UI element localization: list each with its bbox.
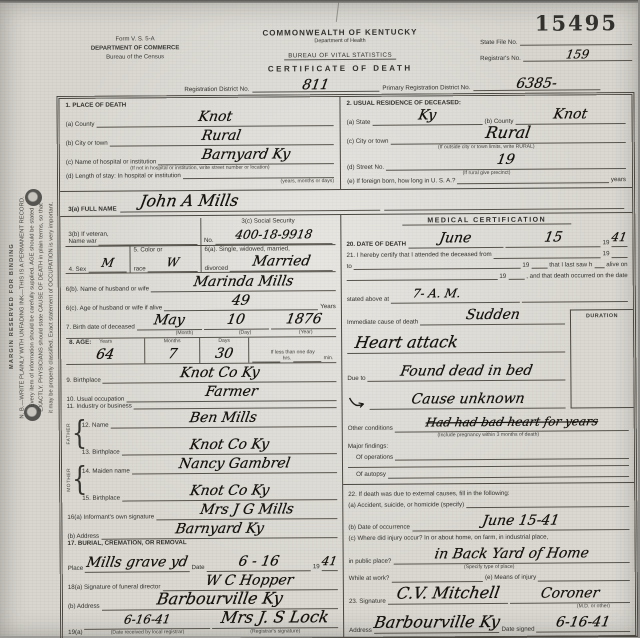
residence-state-line: Ky bbox=[372, 106, 482, 126]
date-of-death-row: 20. DATE OF DEATH June 15 19 41 bbox=[346, 228, 627, 249]
age-less-cell: If less than one day hrs. min. bbox=[248, 337, 336, 363]
occurrence-date-line: June 15-41 bbox=[412, 511, 630, 532]
mother-name-label: 14. Maiden name bbox=[82, 467, 130, 475]
city-line: Rural bbox=[110, 127, 334, 148]
dod-year-prefix: 19 bbox=[603, 239, 610, 246]
medical-divider bbox=[343, 482, 634, 485]
primary-district-label: Primary Registration District No. bbox=[382, 84, 470, 92]
certify-blank3 bbox=[347, 277, 498, 281]
medical-certification-column: MEDICAL CERTIFICATION 20. DATE OF DEATH … bbox=[341, 213, 635, 638]
cause-line2-row: Heart attack bbox=[347, 334, 565, 355]
age-min-label: min. bbox=[324, 356, 334, 362]
informant-row: 16(a) Informant's own signature Mrs J G … bbox=[67, 500, 337, 521]
certify-blank2b bbox=[531, 266, 547, 269]
margin-nb-line2: Every item of information should be care… bbox=[28, 27, 38, 587]
registrar-no-line: 159 bbox=[523, 50, 632, 62]
mother-birthplace-row: 15. Birthplace Knot Co Ky bbox=[82, 481, 337, 502]
margin-binding-note: MARGIN RESERVED FOR BINDING bbox=[9, 216, 15, 396]
date-of-death-label: 20. DATE OF DEATH bbox=[346, 241, 406, 249]
city-row: (b) City or town Rural bbox=[66, 127, 334, 148]
stated-above-label: stated above at bbox=[347, 296, 389, 304]
received-date-note: (Date received by local registrar) bbox=[85, 630, 211, 636]
received-date-line: 6-16-41 bbox=[84, 610, 210, 630]
father-name-row: 12. Name Ben Mills bbox=[82, 408, 337, 429]
state-file-blank bbox=[520, 42, 633, 46]
place-and-residence-row: 1. PLACE OF DEATH (a) County Knot (b) Ci… bbox=[59, 95, 632, 192]
full-name-label: 3(a) FULL NAME bbox=[68, 205, 116, 213]
father-birthplace-line: Knot Co Ky bbox=[122, 435, 337, 456]
cause-of-death-area: Immediate cause of death Sudden Heart at… bbox=[347, 305, 629, 410]
injury-where-row: in public place? in Back Yard of Home (S… bbox=[349, 544, 630, 572]
burial-date-value: 6 - 16 bbox=[238, 556, 280, 567]
informant-address-value: Barnyard Ky bbox=[174, 524, 264, 535]
other-conditions-label: Other conditions bbox=[348, 425, 393, 433]
birth-year-line: 1876 bbox=[271, 310, 336, 329]
age-days-cell: Days 30 bbox=[199, 337, 248, 363]
accident-label: (a) Accident, suicide, or homicide (spec… bbox=[348, 501, 464, 509]
physician-signature-label: 23. Signature bbox=[349, 597, 386, 605]
birth-day-line: 10 bbox=[204, 310, 269, 329]
marital-cell: 6(a). Single, widowed, married, divorced… bbox=[200, 245, 335, 272]
detail-columns: 3(b) If veteran, Name war 3(c) Social Se… bbox=[60, 213, 635, 638]
birthplace-line: Knot Co Ky bbox=[103, 363, 337, 384]
dod-year: 41 bbox=[611, 233, 628, 242]
burial-date-label: Date bbox=[191, 564, 204, 572]
sex-value: M bbox=[100, 259, 114, 268]
residence-city-label: (c) City or town bbox=[347, 138, 389, 146]
while-at-work-row: While at work? (e) Means of injury bbox=[349, 573, 630, 582]
father-group: FATHER { 12. Name Ben Mills 13. Birthpla… bbox=[67, 408, 337, 456]
occurrence-date-row: (b) Date of occurrence June 15-41 bbox=[348, 511, 629, 532]
veteran-cell: 3(b) If veteran, Name war bbox=[65, 218, 200, 245]
due-to-line1: Found dead in bed bbox=[368, 362, 566, 382]
injury-where-line1: (c) Where did injury occur? In or about … bbox=[348, 533, 629, 542]
stated-above-line2 bbox=[522, 299, 628, 303]
physician-signature-row: 23. Signature C.V. Mitchell Coroner (M.D… bbox=[349, 584, 630, 612]
mother-brace: { bbox=[72, 463, 88, 496]
burial-year-prefix: 19 bbox=[313, 564, 320, 571]
funeral-director-address-value: Barbourville Ky bbox=[156, 592, 284, 605]
certificate-form: 15495 Form V. S. 5-A DEPARTMENT OF COMME… bbox=[56, 2, 638, 638]
due-to-label: Due to bbox=[347, 375, 365, 383]
district-label: Registration District No. bbox=[184, 85, 249, 93]
age-days-value: 30 bbox=[214, 349, 234, 360]
birth-month: May bbox=[153, 315, 185, 326]
findings-blank-row bbox=[348, 463, 629, 468]
certify-blank3b bbox=[508, 277, 524, 280]
mother-name-row: 14. Maiden name Nancy Gambrel bbox=[82, 454, 337, 475]
physician-address-value: Barbourville Ky bbox=[373, 616, 501, 629]
foreign-born-blank bbox=[457, 180, 609, 184]
veteran-ssn-row: 3(b) If veteran, Name war 3(c) Social Se… bbox=[65, 217, 335, 246]
age-hrs-blank bbox=[252, 359, 280, 362]
county-line: Knot bbox=[96, 108, 333, 129]
burial-date-line: 6 - 16 bbox=[206, 552, 310, 572]
full-name-line: John A Mills bbox=[120, 192, 380, 213]
section-usual-residence: 2. USUAL RESIDENCE OF DECEASED: (a) Stat… bbox=[340, 95, 632, 189]
occupation-row: 10. Usual occupation Farmer bbox=[66, 382, 336, 403]
stay-note: (years, months or days) bbox=[66, 180, 334, 187]
registrar-no-label: Registrar's No. bbox=[480, 55, 521, 63]
hand-drawn-arrow-icon bbox=[348, 397, 368, 409]
commonwealth-title: COMMONWEALTH OF KENTUCKY bbox=[216, 27, 464, 38]
injury-where-label2: in public place? bbox=[349, 557, 392, 565]
marital-line: Married bbox=[230, 252, 333, 272]
full-name-line2 bbox=[384, 206, 624, 211]
father-name-value: Ben Mills bbox=[189, 413, 258, 424]
funeral-director-value: W C Hopper bbox=[205, 575, 294, 586]
dod-day: 15 bbox=[543, 232, 563, 243]
father-name-line: Ben Mills bbox=[110, 408, 336, 429]
residence-state-row: (a) State Ky (b) County Knot bbox=[347, 105, 626, 126]
operations-label: Of operations bbox=[356, 454, 393, 462]
certify-text2: to bbox=[347, 263, 352, 270]
spouse-line: Marinda Mills bbox=[151, 272, 336, 292]
certify-blank2c bbox=[594, 266, 604, 269]
while-at-work-label: While at work? bbox=[349, 575, 390, 583]
stay-label: (d) Length of stay: In hospital or insti… bbox=[66, 172, 181, 180]
duration-label: DURATION bbox=[586, 313, 618, 319]
age-months-value: 7 bbox=[167, 349, 178, 360]
section-place-of-death: 1. PLACE OF DEATH (a) County Knot (b) Ci… bbox=[59, 97, 341, 191]
mother-group: MOTHER { 14. Maiden name Nancy Gambrel 1… bbox=[67, 454, 337, 502]
street-value: 19 bbox=[496, 155, 516, 166]
certify-19a: 19 bbox=[603, 250, 610, 257]
physician-address-row: Address Barbourville Ky Date signed 6-16… bbox=[349, 613, 630, 634]
veteran-label2: Name war bbox=[68, 238, 96, 246]
other-conditions-value: Had had bad heart for years bbox=[425, 417, 599, 427]
father-side-column: FATHER { bbox=[67, 410, 80, 456]
autopsy-blank bbox=[388, 474, 629, 479]
serial-number: 15495 bbox=[535, 10, 618, 36]
certify-blank1b bbox=[612, 255, 628, 258]
marital-value: Married bbox=[251, 256, 311, 267]
cause-line2: Heart attack bbox=[347, 334, 565, 355]
certify-blank2 bbox=[354, 266, 521, 270]
mother-side-column: MOTHER { bbox=[67, 456, 80, 502]
occurrence-date-value: June 15-41 bbox=[481, 515, 560, 526]
ssn-label2: No. bbox=[204, 237, 214, 245]
major-findings-label: Major findings: bbox=[348, 441, 629, 450]
ssn-cell: 3(c) Social Security No. 400-18-9918 bbox=[200, 217, 336, 244]
injury-where-note: (Specify type of place) bbox=[349, 564, 630, 572]
dod-month-line: June bbox=[408, 228, 503, 248]
sex-cell: 4. Sex M bbox=[65, 246, 129, 273]
color-line: W bbox=[148, 253, 198, 272]
birthplace-row: 9. Birthplace Knot Co Ky bbox=[66, 363, 336, 384]
age-years-cell: 8. AGE: Years 64 bbox=[66, 338, 144, 364]
due-to-row2: Cause unknown bbox=[347, 390, 565, 411]
father-birthplace-value: Knot Co Ky bbox=[189, 440, 270, 451]
state-file-row: State File No. bbox=[480, 38, 632, 46]
residence-city-line: Rural bbox=[390, 124, 625, 145]
full-name-value: John A Mills bbox=[140, 195, 240, 208]
certify-line2: to 19 that I last saw h alive on bbox=[347, 261, 628, 270]
certify-text5: , and that death occurred on the date bbox=[526, 272, 628, 280]
mother-birthplace-value: Knot Co Ky bbox=[189, 486, 270, 497]
stated-above-line: 7- A. M. bbox=[391, 284, 519, 304]
age-months-cell: Months 7 bbox=[144, 338, 199, 364]
birthplace-value: Knot Co Ky bbox=[179, 368, 260, 379]
registrar-received-row: 19(a) 6-16-41 (Date received by local re… bbox=[68, 609, 338, 636]
sex-color-marital-row: 4. Sex M 5. Color or race W 6(a). Single… bbox=[65, 245, 335, 274]
certify-blank1 bbox=[494, 255, 601, 259]
foreign-born-suffix: years bbox=[611, 176, 626, 184]
residence-state-value: Ky bbox=[418, 111, 437, 122]
duration-box: DURATION bbox=[570, 309, 634, 408]
father-brace: { bbox=[72, 417, 88, 450]
foreign-born-label: (e) If foreign born, how long in U. S. A… bbox=[347, 177, 455, 185]
registrar-signature-cell: Mrs J. S Lock (Registrar's signature) bbox=[212, 609, 338, 635]
county-value: Knot bbox=[197, 112, 232, 123]
marital-label2: divorced bbox=[205, 264, 228, 272]
residence-state-label: (a) State bbox=[347, 119, 371, 127]
means-of-injury-label: (e) Means of injury bbox=[485, 574, 536, 582]
while-at-work-blank bbox=[391, 579, 483, 583]
autopsy-row: Of autopsy bbox=[348, 469, 629, 478]
ssn-line: 400-18-9918 bbox=[215, 225, 332, 245]
injury-where-value: in Back Yard of Home bbox=[433, 548, 589, 560]
institution-line: Barnyard Ky bbox=[158, 146, 334, 166]
operations-row: Of operations bbox=[348, 452, 629, 461]
certify-line3: 19 , and that death occurred on the date bbox=[347, 272, 628, 281]
dod-month: June bbox=[439, 233, 473, 244]
burial-year-value: 41 bbox=[321, 557, 338, 566]
burial-place-line: Mills grave yd bbox=[85, 553, 189, 573]
dod-year-line: 41 bbox=[611, 228, 627, 247]
color-cell: 5. Color or race W bbox=[129, 246, 200, 273]
father-birthplace-row: 13. Birthplace Knot Co Ky bbox=[82, 435, 337, 456]
spouse-row: 6(b). Name of husband or wife Marinda Mi… bbox=[66, 272, 336, 293]
immediate-cause-label: Immediate cause of death bbox=[347, 318, 418, 326]
birth-year: 1876 bbox=[285, 314, 322, 325]
physician-signature-line: C.V. Mitchell bbox=[388, 585, 508, 605]
registrar-no-row: Registrar's No. 159 bbox=[480, 50, 632, 62]
physician-signature-note: (M.D. or other) bbox=[349, 604, 630, 612]
dept-health: Department of Health bbox=[216, 37, 464, 45]
street-line: 19 bbox=[386, 150, 626, 171]
due-to-value1: Found dead in bed bbox=[400, 366, 534, 377]
findings-blank bbox=[348, 463, 629, 468]
certify-19b: 19 bbox=[522, 262, 529, 269]
external-causes-heading: 22. If death was due to external causes,… bbox=[348, 489, 629, 498]
certify-line1: 21. I hereby certify that I attended the… bbox=[346, 250, 627, 259]
burial-place-label: Place bbox=[68, 565, 84, 573]
district-line: 811 bbox=[252, 80, 379, 93]
birth-month-line: May bbox=[137, 311, 202, 330]
cause-line2-value: Heart attack bbox=[354, 337, 459, 350]
ssn-value: 400-18-9918 bbox=[235, 230, 313, 240]
burial-place-value: Mills grave yd bbox=[86, 557, 189, 568]
color-value: W bbox=[166, 258, 180, 267]
mother-birthplace-line: Knot Co Ky bbox=[122, 481, 337, 502]
registrar-signature-value: Mrs J. S Lock bbox=[220, 611, 330, 624]
autopsy-label: Of autopsy bbox=[356, 471, 386, 479]
physician-title-line: Coroner bbox=[510, 584, 630, 604]
primary-district-value: 6385- bbox=[516, 79, 558, 90]
immediate-cause-line: Sudden bbox=[420, 306, 565, 326]
header-file-numbers: State File No. Registrar's No. 159 bbox=[480, 38, 632, 62]
bureau-census: Bureau of the Census bbox=[60, 53, 210, 63]
spouse-value: Marinda Mills bbox=[193, 276, 294, 287]
header-agency-block: Form V. S. 5-A DEPARTMENT OF COMMERCE Bu… bbox=[60, 35, 210, 63]
spouse-age-line: 49 bbox=[164, 291, 318, 311]
burial-year-line: 41 bbox=[322, 552, 338, 571]
certify-text1: 21. I hereby certify that I attended the… bbox=[346, 251, 491, 259]
mother-name-value: Nancy Gambrel bbox=[178, 459, 291, 470]
stated-above-value: 7- A. M. bbox=[412, 289, 461, 298]
date-signed-value: 6-16-41 bbox=[555, 617, 611, 628]
occurrence-date-label: (b) Date of occurrence bbox=[348, 524, 410, 532]
immediate-cause-value: Sudden bbox=[465, 310, 521, 321]
sex-label: 4. Sex bbox=[69, 265, 87, 273]
informant-address-row: (b) Address Barnyard Ky bbox=[67, 519, 337, 540]
form-header: 15495 Form V. S. 5-A DEPARTMENT OF COMME… bbox=[56, 2, 635, 82]
scanned-death-certificate: MARGIN RESERVED FOR BINDING N. B.—WRITE … bbox=[0, 0, 640, 638]
physician-address-line: Barbourville Ky bbox=[374, 614, 500, 634]
date-signed-label: Date signed bbox=[502, 625, 535, 633]
immediate-cause-row: Immediate cause of death Sudden bbox=[347, 306, 565, 327]
informant-line: Mrs J G Mills bbox=[156, 500, 337, 520]
certify-text3: that I last saw h bbox=[549, 261, 592, 269]
residence-city-row: (c) City or town Rural (If outside city … bbox=[347, 124, 626, 152]
street-label: (d) Street No. bbox=[347, 163, 384, 171]
accident-row: (a) Accident, suicide, or homicide (spec… bbox=[348, 500, 629, 509]
residence-city-value: Rural bbox=[485, 127, 532, 139]
physician-address-label: Address bbox=[349, 627, 372, 635]
margin-nb-line3: EXACTLY. PHYSICIANS should state CAUSE O… bbox=[38, 27, 48, 587]
bureau-vital-statistics: BUREAU OF VITAL STATISTICS bbox=[284, 52, 396, 61]
operations-blank bbox=[395, 456, 629, 461]
age-label: 8. AGE: bbox=[69, 338, 91, 346]
accident-blank bbox=[466, 504, 629, 508]
spouse-age-value: 49 bbox=[231, 296, 251, 307]
birth-day: 10 bbox=[227, 315, 247, 326]
institution-row: (c) Name of hospital or institution Barn… bbox=[66, 146, 334, 173]
burial-section: 17. BURIAL, CREMATION, OR REMOVAL Place … bbox=[68, 538, 338, 572]
county-row: (a) County Knot bbox=[66, 108, 334, 129]
age-years-value: 64 bbox=[95, 350, 115, 361]
residence-county-value: Knot bbox=[553, 110, 588, 121]
received-date-value: 6-16-41 bbox=[124, 615, 172, 624]
age-min-blank bbox=[293, 359, 321, 362]
stated-above-row: stated above at 7- A. M. bbox=[347, 283, 628, 304]
left-column: 3(b) If veteran, Name war 3(c) Social Se… bbox=[60, 215, 344, 638]
registrar-signature-line: Mrs J. S Lock bbox=[212, 609, 338, 629]
date-signed-line: 6-16-41 bbox=[536, 613, 630, 633]
age-hrs-label: hrs. bbox=[283, 357, 292, 363]
spouse-age-suffix: Years bbox=[320, 303, 336, 311]
primary-district-line: 6385- bbox=[473, 78, 600, 91]
means-of-injury-blank bbox=[538, 578, 630, 582]
state-file-label: State File No. bbox=[480, 39, 518, 47]
received-date-cell: 6-16-41 (Date received by local registra… bbox=[84, 610, 210, 636]
informant-address-line: Barnyard Ky bbox=[101, 519, 337, 540]
margin-nb-note: N. B.—WRITE PLAINLY WITH UNFADING INK—TH… bbox=[19, 27, 58, 587]
certify-text4: alive on bbox=[606, 261, 627, 269]
institution-value: Barnyard Ky bbox=[201, 150, 291, 161]
street-row: (d) Street No. 19 (If rural give precinc… bbox=[347, 150, 626, 178]
other-conditions-note: (Include pregnancy within 3 months of de… bbox=[348, 432, 629, 440]
district-value: 811 bbox=[302, 80, 331, 91]
stay-row: (d) Length of stay: In hospital or insti… bbox=[66, 171, 334, 187]
due-to-row1: Due to Found dead in bed bbox=[347, 362, 565, 383]
certificate-title: CERTIFICATE OF DEATH bbox=[216, 63, 464, 74]
dod-day-line: 15 bbox=[505, 228, 600, 248]
birthdate-row: 7. Birth date of deceased May 10 1876 (M… bbox=[66, 310, 336, 337]
registrar-no-value: 159 bbox=[565, 51, 589, 60]
color-label2: race bbox=[134, 265, 146, 273]
received-label: 19(a) bbox=[68, 629, 83, 637]
due-to-line2: Cause unknown bbox=[369, 390, 565, 410]
occupation-line: Farmer bbox=[126, 382, 336, 402]
other-conditions-row: Other conditions Had had bad heart for y… bbox=[348, 412, 629, 440]
physician-signature-value: C.V. Mitchell bbox=[395, 587, 500, 600]
informant-value: Mrs J G Mills bbox=[199, 505, 294, 516]
physician-title-value: Coroner bbox=[540, 588, 600, 599]
mother-name-line: Nancy Gambrel bbox=[132, 454, 337, 474]
registrar-signature-note: (Registrar's signature) bbox=[212, 629, 338, 635]
age-row: 8. AGE: Years 64 Months 7 Days 30 bbox=[66, 336, 336, 365]
occupation-value: Farmer bbox=[204, 387, 258, 398]
form-body: 1. PLACE OF DEATH (a) County Knot (b) Ci… bbox=[56, 92, 638, 638]
medical-heading: MEDICAL CERTIFICATION bbox=[402, 216, 571, 225]
other-conditions-line: Had had bad heart for years bbox=[395, 412, 629, 433]
due-to-value2: Cause unknown bbox=[410, 394, 525, 405]
spouse-age-row: 6(c). Age of husband or wife if alive 49… bbox=[66, 291, 336, 312]
margin-nb-line1: N. B.—WRITE PLAINLY WITH UNFADING INK—TH… bbox=[19, 27, 29, 587]
injury-where-line: in Back Yard of Home bbox=[393, 544, 629, 565]
certify-19c: 19 bbox=[499, 273, 506, 280]
foreign-born-row: (e) If foreign born, how long in U. S. A… bbox=[347, 176, 626, 185]
burial-heading: 17. BURIAL, CREMATION, OR REMOVAL bbox=[68, 538, 338, 547]
header-title-block: COMMONWEALTH OF KENTUCKY Department of H… bbox=[216, 27, 464, 74]
city-value: Rural bbox=[201, 131, 242, 142]
sex-line: M bbox=[88, 253, 127, 272]
